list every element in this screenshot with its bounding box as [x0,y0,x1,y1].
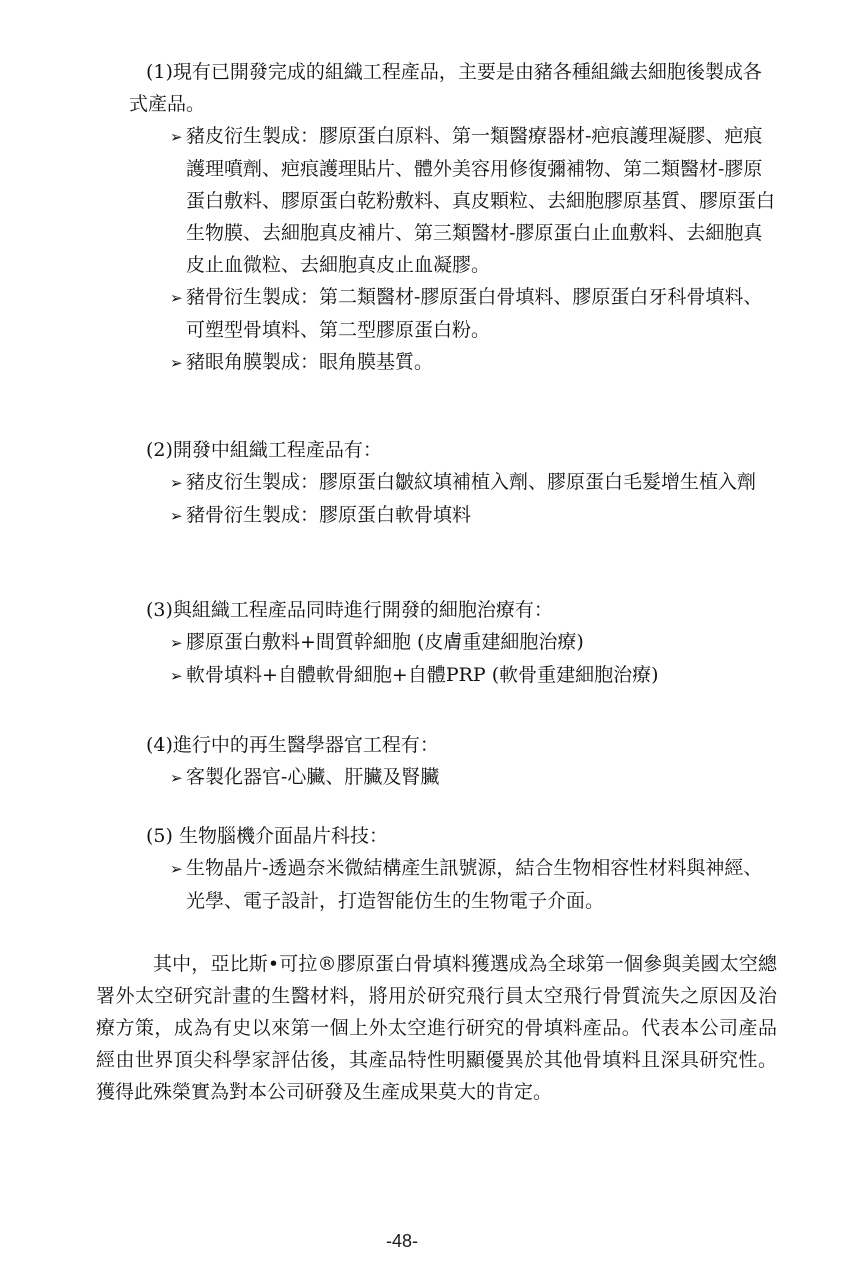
arrow-bullet-icon: ➢ [170,282,186,314]
section-2-heading: (2)開發中組織工程產品有： [129,434,777,466]
bullet-text: 膠原蛋白敷料+間質幹細胞 (皮膚重建細胞治療) [186,631,584,653]
arrow-bullet-icon: ➢ [170,762,186,794]
arrow-bullet-icon: ➢ [170,347,186,379]
bullet-text: 豬眼角膜製成：眼角膜基質。 [186,351,433,373]
section-3-heading: (3)與組織工程產品同時進行開發的細胞治療有： [129,594,777,626]
bullet-text: 軟骨填料+自體軟骨細胞+自體PRP (軟骨重建細胞治療) [186,664,659,686]
bullet-text: 豬骨衍生製成：膠原蛋白軟骨填料 [186,504,471,526]
section-5: (5) 生物腦機介面晶片科技： ➢生物晶片-透過奈米微結構產生訊號源，結合生物相… [0,820,868,917]
report-page: (1)現有已開發完成的組織工程產品，主要是由豬各種組織去細胞後製成各式產品。 ➢… [0,0,868,1280]
section-1-heading: (1)現有已開發完成的組織工程產品，主要是由豬各種組織去細胞後製成各式產品。 [129,56,777,120]
bullet-item: ➢豬骨衍生製成：第二類醫材-膠原蛋白骨填料、膠原蛋白牙科骨填料、可塑型骨填料、第… [170,281,777,346]
section-5-bullet-list: ➢生物晶片-透過奈米微結構產生訊號源，結合生物相容性材料與神經、光學、電子設計，… [170,852,777,917]
page-number: -48- [0,1230,836,1252]
bullet-item: ➢客製化器官-心臟、肝臟及腎臟 [170,761,777,794]
bullet-item: ➢生物晶片-透過奈米微結構產生訊號源，結合生物相容性材料與神經、光學、電子設計，… [170,852,777,917]
bullet-text: 客製化器官-心臟、肝臟及腎臟 [186,766,439,788]
bullet-text: 豬皮衍生製成：膠原蛋白原料、第一類醫療器材-疤痕護理凝膠、疤痕護理噴劑、疤痕護理… [186,125,775,276]
arrow-bullet-icon: ➢ [170,500,186,532]
arrow-bullet-icon: ➢ [170,660,186,692]
bullet-item: ➢豬皮衍生製成：膠原蛋白皺紋填補植入劑、膠原蛋白毛髮增生植入劑 [170,466,777,499]
section-4-heading: (4)進行中的再生醫學器官工程有： [129,729,777,761]
bullet-text: 豬骨衍生製成：第二類醫材-膠原蛋白骨填料、膠原蛋白牙科骨填料、可塑型骨填料、第二… [186,286,762,341]
arrow-bullet-icon: ➢ [170,627,186,659]
bullet-item: ➢豬眼角膜製成：眼角膜基質。 [170,346,777,379]
bullet-text: 豬皮衍生製成：膠原蛋白皺紋填補植入劑、膠原蛋白毛髮增生植入劑 [186,471,756,493]
bullet-item: ➢豬骨衍生製成：膠原蛋白軟骨填料 [170,499,777,532]
section-2: (2)開發中組織工程產品有： ➢豬皮衍生製成：膠原蛋白皺紋填補植入劑、膠原蛋白毛… [0,434,868,532]
section-1-bullet-list: ➢豬皮衍生製成：膠原蛋白原料、第一類醫療器材-疤痕護理凝膠、疤痕護理噴劑、疤痕護… [170,120,777,379]
bullet-text: 生物晶片-透過奈米微結構產生訊號源，結合生物相容性材料與神經、光學、電子設計，打… [186,857,762,912]
section-5-heading: (5) 生物腦機介面晶片科技： [129,820,777,852]
section-2-bullet-list: ➢豬皮衍生製成：膠原蛋白皺紋填補植入劑、膠原蛋白毛髮增生植入劑 ➢豬骨衍生製成：… [170,466,777,532]
section-4-bullet-list: ➢客製化器官-心臟、肝臟及腎臟 [170,761,777,794]
page-content: (1)現有已開發完成的組織工程產品，主要是由豬各種組織去細胞後製成各式產品。 ➢… [0,56,868,1108]
section-3: (3)與組織工程產品同時進行開發的細胞治療有： ➢膠原蛋白敷料+間質幹細胞 (皮… [0,594,868,692]
closing-paragraph: 其中，亞比斯•可拉®膠原蛋白骨填料獲選成為全球第一個參與美國太空總署外太空研究計… [96,948,777,1108]
bullet-item: ➢軟骨填料+自體軟骨細胞+自體PRP (軟骨重建細胞治療) [170,659,777,692]
section-3-bullet-list: ➢膠原蛋白敷料+間質幹細胞 (皮膚重建細胞治療) ➢軟骨填料+自體軟骨細胞+自體… [170,626,777,692]
section-1: (1)現有已開發完成的組織工程產品，主要是由豬各種組織去細胞後製成各式產品。 ➢… [0,56,868,379]
bullet-item: ➢膠原蛋白敷料+間質幹細胞 (皮膚重建細胞治療) [170,626,777,659]
arrow-bullet-icon: ➢ [170,121,186,153]
section-4: (4)進行中的再生醫學器官工程有： ➢客製化器官-心臟、肝臟及腎臟 [0,729,868,794]
bullet-item: ➢豬皮衍生製成：膠原蛋白原料、第一類醫療器材-疤痕護理凝膠、疤痕護理噴劑、疤痕護… [170,120,777,281]
arrow-bullet-icon: ➢ [170,853,186,885]
arrow-bullet-icon: ➢ [170,467,186,499]
